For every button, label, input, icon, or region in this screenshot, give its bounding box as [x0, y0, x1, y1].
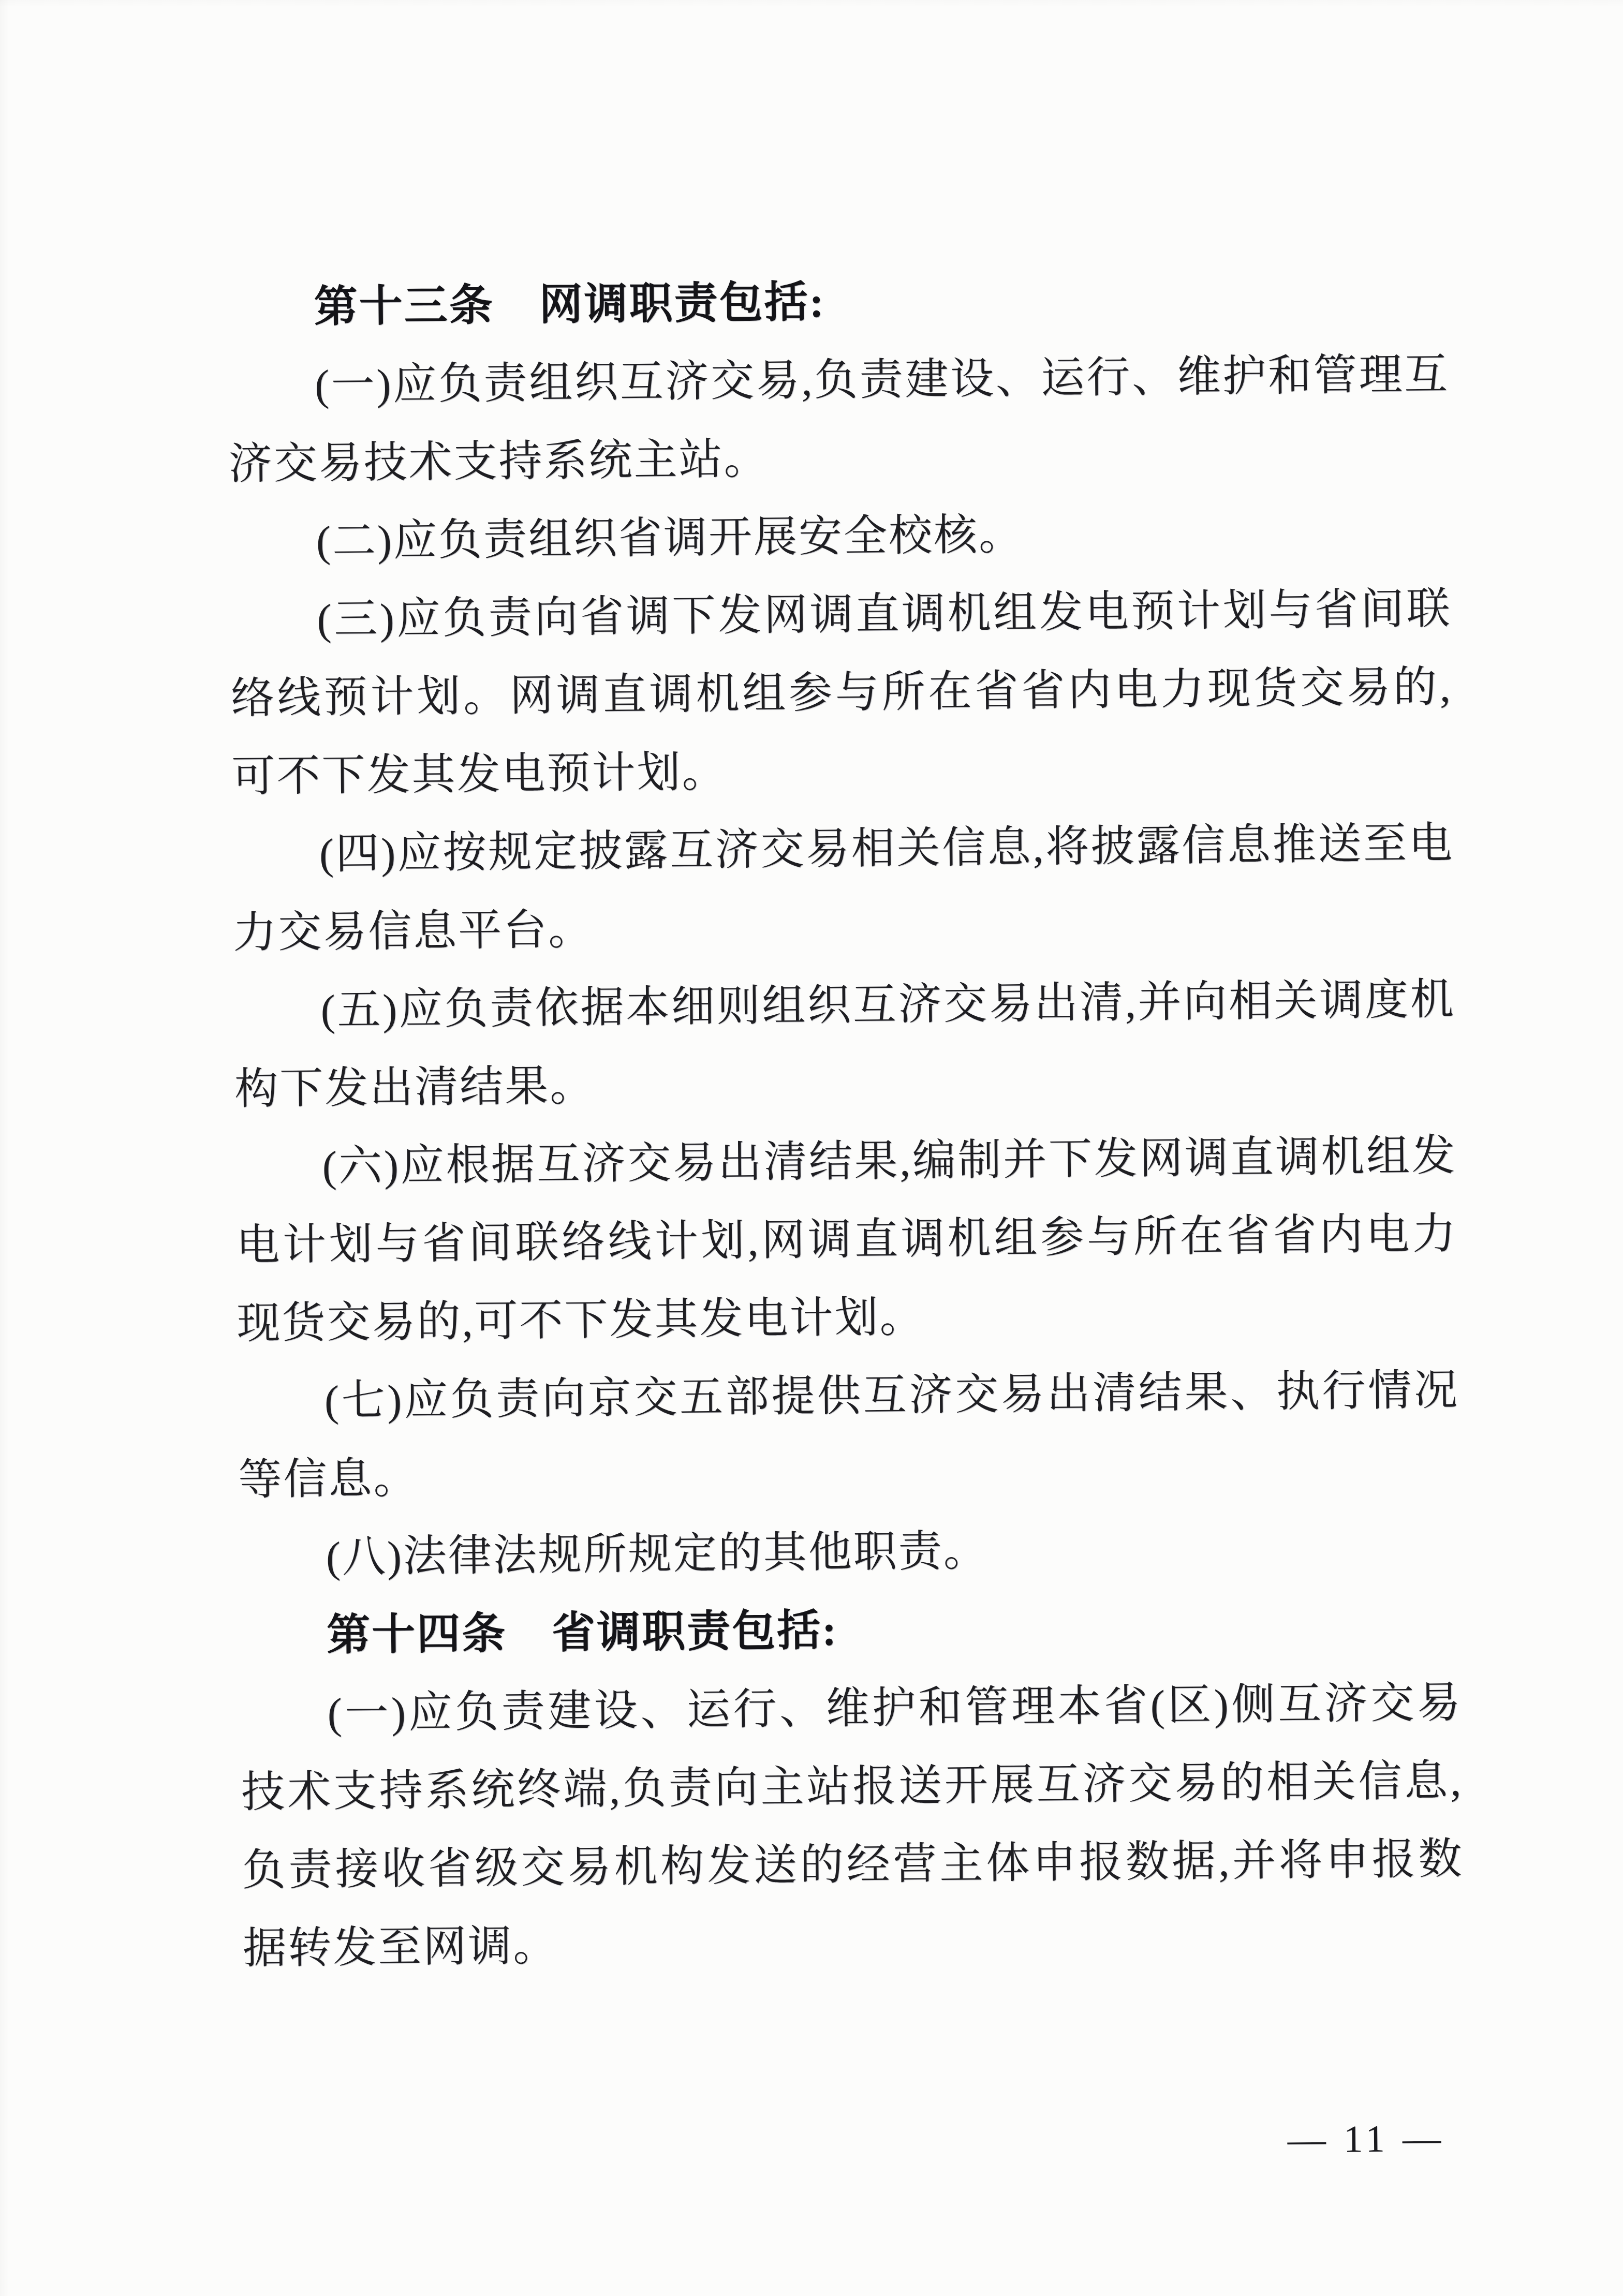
document-page: 第十三条 网调职责包括: (一)应负责组织互济交易,负责建设、运行、维护和管理互… — [0, 0, 1623, 2296]
article-13-clause-8: (八)法律法规所规定的其他职责。 — [239, 1507, 1460, 1597]
article-13-clause-2: (二)应负责组织省调开展安全校核。 — [229, 492, 1451, 582]
article-13-clause-1: (一)应负责组织互济交易,负责建设、运行、维护和管理互济交易技术支持系统主站。 — [227, 335, 1450, 503]
article-14-clause-1: (一)应负责建设、运行、维护和管理本省(区)侧互济交易技术支持系统终端,负责向主… — [240, 1664, 1465, 1988]
article-14-heading: 第十四条 省调职责包括: — [240, 1586, 1462, 1676]
article-13-clause-3: (三)应负责向省调下发网调直调机组发电预计划与省间联络线预计划。网调直调机组参与… — [230, 570, 1453, 816]
article-13-clause-5: (五)应负责依据本细则组织互济交易出清,并向相关调度机构下发出清结果。 — [233, 960, 1456, 1129]
page-number: — 11 — — [1252, 2116, 1481, 2162]
article-13-clause-4: (四)应按规定披露互济交易相关信息,将披露信息推送至电力交易信息平台。 — [232, 804, 1455, 972]
article-13-heading: 第十三条 网调职责包括: — [227, 257, 1449, 347]
article-13-clause-6: (六)应根据互济交易出清结果,编制并下发网调直调机组发电计划与省间联络线计划,网… — [235, 1117, 1458, 1363]
document-body: 第十三条 网调职责包括: (一)应负责组织互济交易,负责建设、运行、维护和管理互… — [227, 257, 1465, 1988]
article-13-clause-7: (七)应负责向京交五部提供互济交易出清结果、执行情况等信息。 — [237, 1351, 1460, 1519]
